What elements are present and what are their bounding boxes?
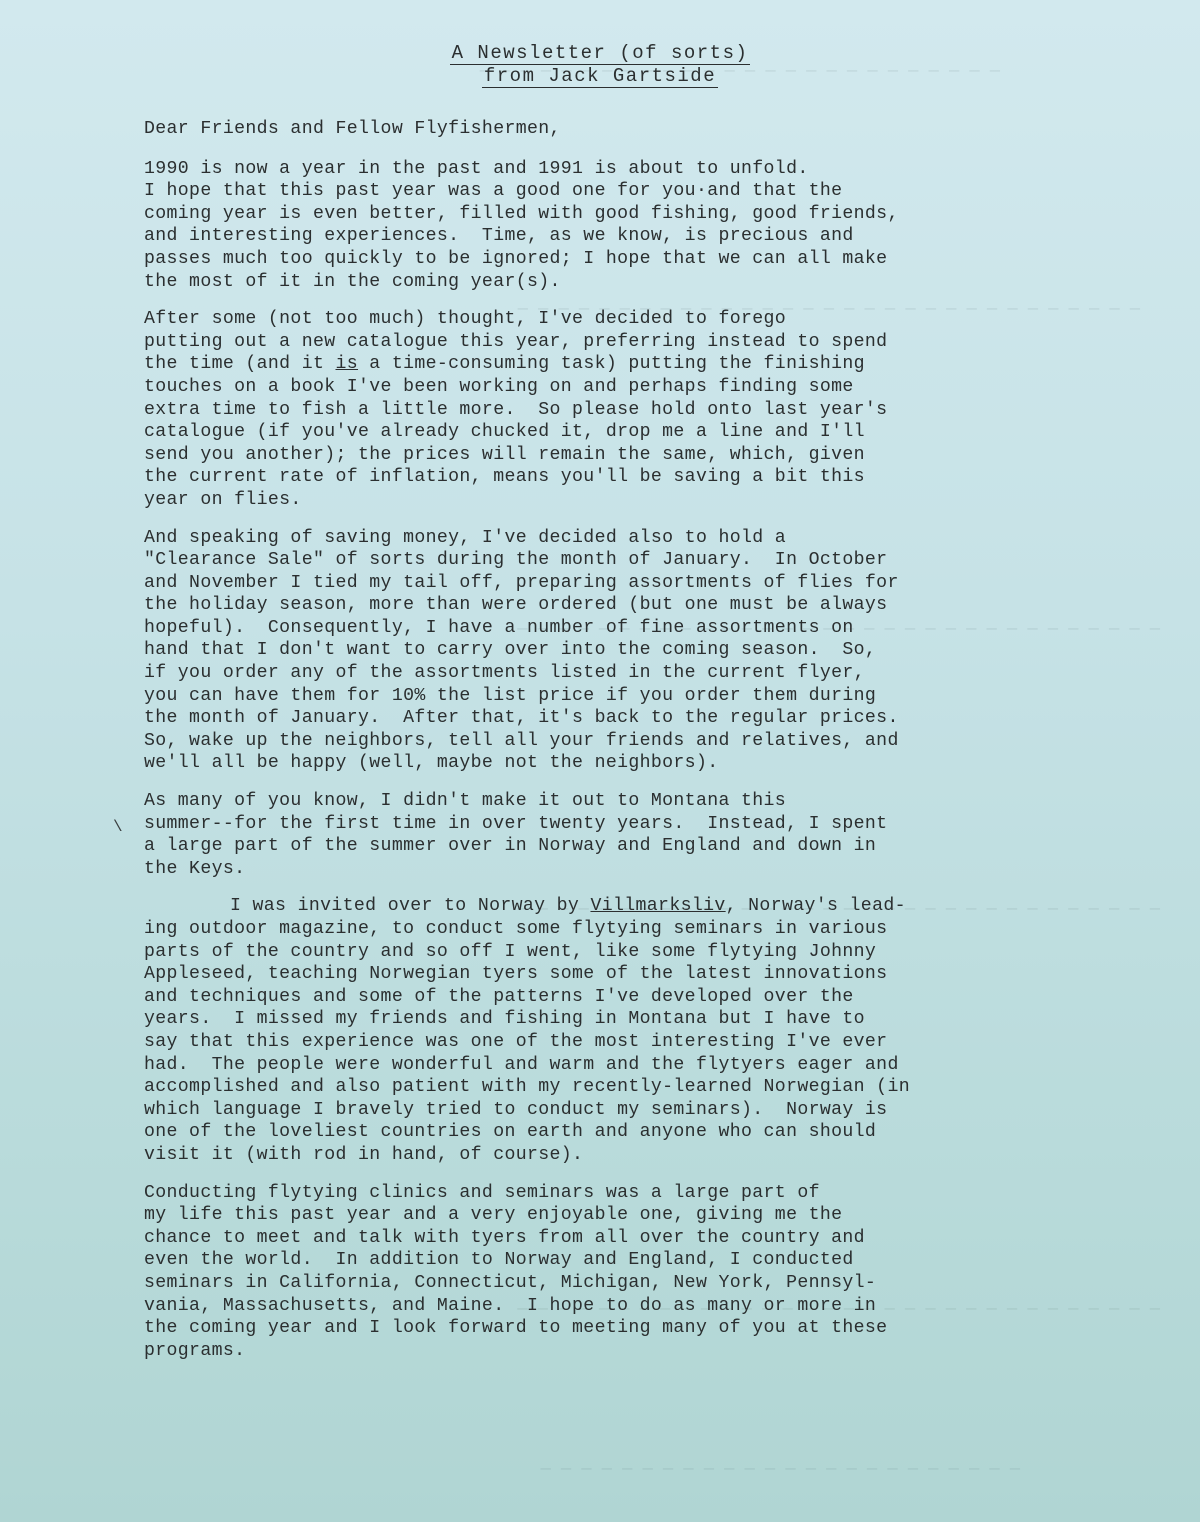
text-line: So, wake up the neighbors, tell all your…: [144, 730, 1144, 753]
text-line: ing outdoor magazine, to conduct some fl…: [144, 918, 1144, 941]
heading-line-1: A Newsletter (of sorts): [450, 42, 751, 65]
salutation: Dear Friends and Fellow Flyfishermen,: [144, 118, 1144, 141]
text-line: the holiday season, more than were order…: [144, 594, 1144, 617]
text-line: my life this past year and a very enjoya…: [144, 1204, 1144, 1227]
text-line: I was invited over to Norway by Villmark…: [144, 895, 1144, 918]
text-line: the Keys.: [144, 858, 1144, 881]
text-line: the time (and it is a time-consuming tas…: [144, 353, 1144, 376]
underlined-word: Villmarksliv: [590, 896, 725, 916]
text-line: hopeful). Consequently, I have a number …: [144, 617, 1144, 640]
text-line: even the world. In addition to Norway an…: [144, 1249, 1144, 1272]
text-line: parts of the country and so off I went, …: [144, 941, 1144, 964]
text-line: if you order any of the assortments list…: [144, 662, 1144, 685]
text-line: catalogue (if you've already chucked it,…: [144, 421, 1144, 444]
text-line: coming year is even better, filled with …: [144, 203, 1144, 226]
text-line: the month of January. After that, it's b…: [144, 707, 1144, 730]
paragraph: As many of you know, I didn't make it ou…: [144, 790, 1144, 880]
stray-pen-mark: \: [113, 818, 123, 832]
text-line: say that this experience was one of the …: [144, 1031, 1144, 1054]
letter-body: Dear Friends and Fellow Flyfishermen, 19…: [144, 118, 1144, 1377]
newsletter-page: — — — — — — — — — — — — — — — — — — — — …: [0, 0, 1200, 1522]
text-line: visit it (with rod in hand, of course).: [144, 1144, 1144, 1167]
text-line: a large part of the summer over in Norwa…: [144, 835, 1144, 858]
text-line: the coming year and I look forward to me…: [144, 1317, 1144, 1340]
paragraph: 1990 is now a year in the past and 1991 …: [144, 158, 1144, 294]
text-line: vania, Massachusetts, and Maine. I hope …: [144, 1295, 1144, 1318]
paragraph: After some (not too much) thought, I've …: [144, 308, 1144, 511]
text-line: had. The people were wonderful and warm …: [144, 1054, 1144, 1077]
text-line: putting out a new catalogue this year, p…: [144, 331, 1144, 354]
text-line: programs.: [144, 1340, 1144, 1363]
text-line: extra time to fish a little more. So ple…: [144, 399, 1144, 422]
text-line: After some (not too much) thought, I've …: [144, 308, 1144, 331]
text-line: we'll all be happy (well, maybe not the …: [144, 752, 1144, 775]
text-line: 1990 is now a year in the past and 1991 …: [144, 158, 1144, 181]
text-line: Conducting flytying clinics and seminars…: [144, 1182, 1144, 1205]
paragraphs: 1990 is now a year in the past and 1991 …: [144, 158, 1144, 1363]
text-line: "Clearance Sale" of sorts during the mon…: [144, 549, 1144, 572]
text-line: And speaking of saving money, I've decid…: [144, 527, 1144, 550]
text-line: which language I bravely tried to conduc…: [144, 1099, 1144, 1122]
text-line: hand that I don't want to carry over int…: [144, 639, 1144, 662]
text-line: years. I missed my friends and fishing i…: [144, 1008, 1144, 1031]
heading-line-2: from Jack Gartside: [482, 65, 718, 88]
text-line: send you another); the prices will remai…: [144, 444, 1144, 467]
text-line: the current rate of inflation, means you…: [144, 466, 1144, 489]
text-line: accomplished and also patient with my re…: [144, 1076, 1144, 1099]
underlined-word: is: [336, 354, 359, 374]
text-line: and November I tied my tail off, prepari…: [144, 572, 1144, 595]
text-line: chance to meet and talk with tyers from …: [144, 1227, 1144, 1250]
paragraph: And speaking of saving money, I've decid…: [144, 527, 1144, 776]
paragraph: I was invited over to Norway by Villmark…: [144, 895, 1144, 1166]
text-line: year on flies.: [144, 489, 1144, 512]
text-line: and interesting experiences. Time, as we…: [144, 225, 1144, 248]
text-line: I hope that this past year was a good on…: [144, 180, 1144, 203]
text-line: you can have them for 10% the list price…: [144, 685, 1144, 708]
text-line: Appleseed, teaching Norwegian tyers some…: [144, 963, 1144, 986]
text-line: and techniques and some of the patterns …: [144, 986, 1144, 1009]
text-line: seminars in California, Connecticut, Mic…: [144, 1272, 1144, 1295]
text-line: touches on a book I've been working on a…: [144, 376, 1144, 399]
text-line: summer--for the first time in over twent…: [144, 813, 1144, 836]
paragraph: Conducting flytying clinics and seminars…: [144, 1182, 1144, 1363]
text-line: As many of you know, I didn't make it ou…: [144, 790, 1144, 813]
text-line: passes much too quickly to be ignored; I…: [144, 248, 1144, 271]
text-line: the most of it in the coming year(s).: [144, 271, 1144, 294]
newsletter-heading: A Newsletter (of sorts) from Jack Gartsi…: [0, 42, 1200, 88]
text-line: one of the loveliest countries on earth …: [144, 1121, 1144, 1144]
